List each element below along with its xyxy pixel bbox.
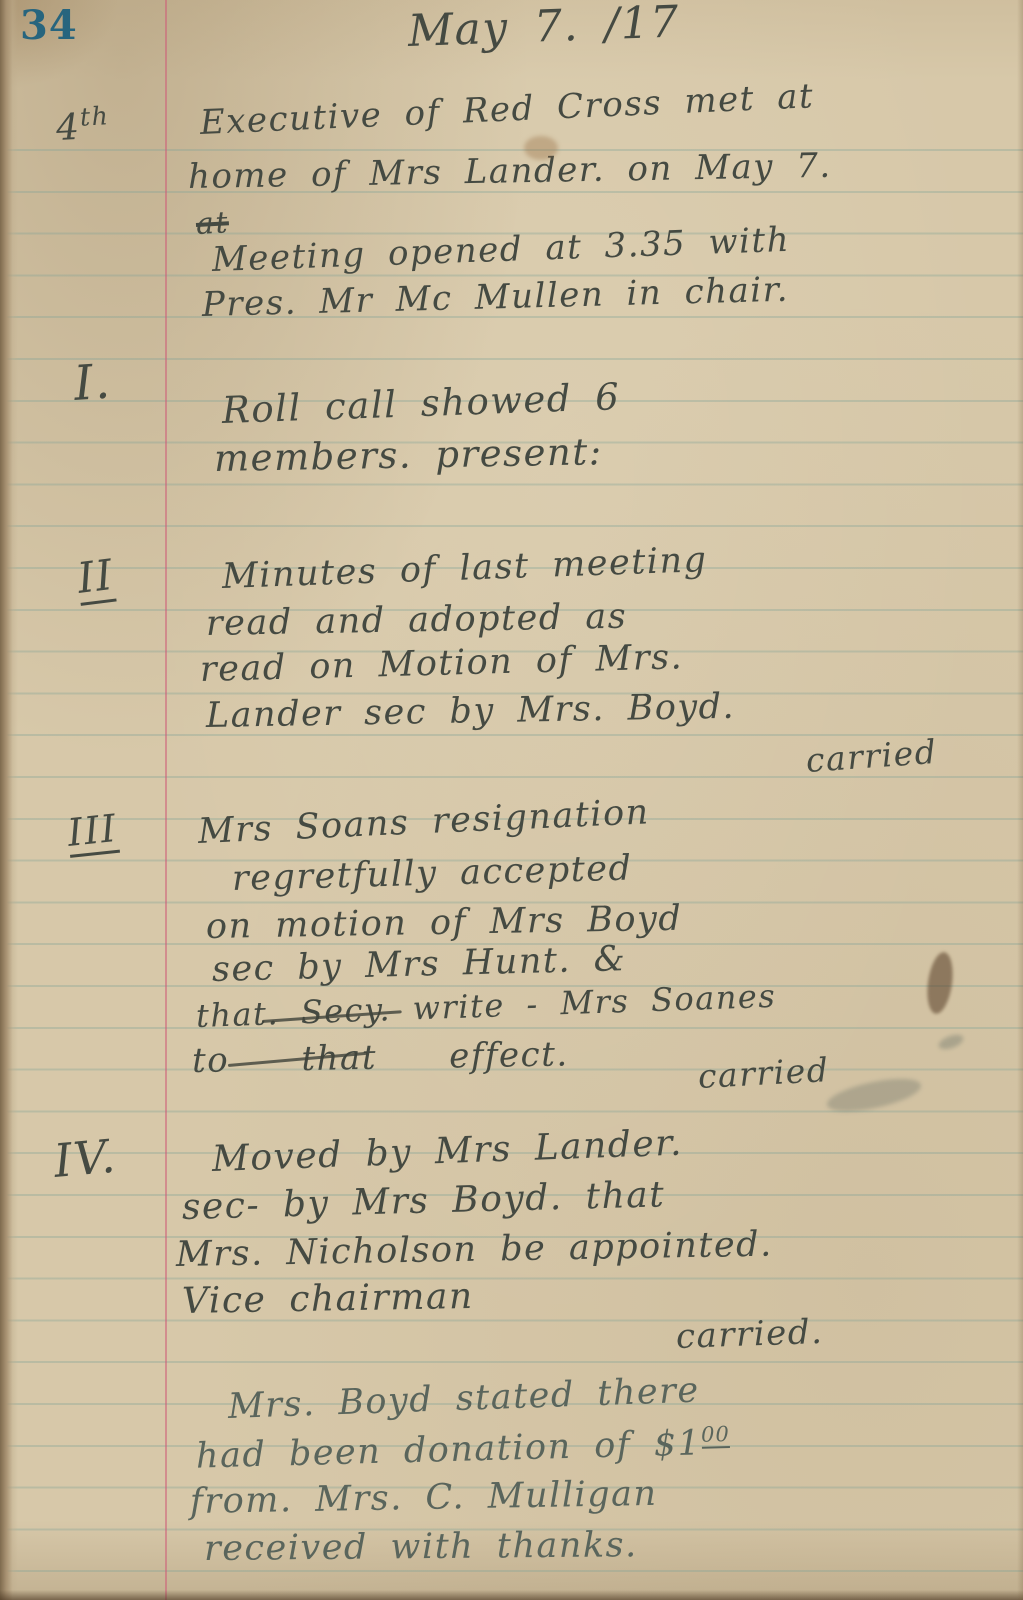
section-marker-IV: IV. <box>52 1133 118 1184</box>
minutes-line: on motion of Mrs Boyd <box>206 902 683 945</box>
minutes-line: to that effect. <box>192 1037 569 1078</box>
minutes-line: received with thanks. <box>204 1528 638 1567</box>
section-marker-II: II <box>75 554 117 606</box>
minutes-line: Mrs. Boyd stated there <box>227 1374 700 1425</box>
struck-out-word: at <box>195 208 229 240</box>
minutes-line: Meeting opened at 3.35 with <box>211 223 790 277</box>
minutes-line: read and adopted as <box>206 600 628 642</box>
section-marker-4th: 4th <box>55 103 111 147</box>
ink-smudge <box>824 1072 923 1117</box>
ink-blot <box>924 951 956 1016</box>
carried-note: carried <box>805 735 938 777</box>
binding-edge <box>0 0 18 1600</box>
minutes-line: Minutes of last meeting <box>221 543 708 595</box>
ink-smudge <box>937 1032 966 1052</box>
minutes-line: Mrs. Nicholson be appointed. <box>176 1228 773 1273</box>
minutes-line: Mrs Soans resignation <box>197 795 650 850</box>
carried-note: carried <box>697 1053 830 1093</box>
minutes-line: home of Mrs Lander. on May 7. <box>188 149 832 194</box>
minutes-line: read on Motion of Mrs. <box>200 640 684 688</box>
minutes-line: Moved by Mrs Lander. <box>211 1126 683 1178</box>
minutes-line: had been donation of $100 <box>196 1424 731 1475</box>
page-right-edge <box>1017 0 1023 1600</box>
section-marker-I: I. <box>72 357 112 407</box>
minutes-line: Pres. Mr Mc Mullen in chair. <box>202 273 790 322</box>
minutes-line: regretfully accepted <box>232 852 633 897</box>
minutes-line: Executive of Red Cross met at <box>199 79 814 140</box>
paper-stain <box>524 136 558 160</box>
minutes-line: members. present: <box>214 433 603 477</box>
minutes-line: from. Mrs. C. Mulligan <box>190 1477 658 1520</box>
minutes-line: Vice chairman <box>182 1279 474 1320</box>
minutes-line: Lander sec by Mrs. Boyd. <box>206 690 736 734</box>
section-marker-III: III <box>66 809 120 858</box>
donation-cents: 00 <box>701 1422 730 1449</box>
page-number: 34 <box>20 2 78 49</box>
minutes-line: sec by Mrs Hunt. & <box>212 942 627 988</box>
minutes-line: sec- by Mrs Boyd. that <box>182 1177 666 1226</box>
marker-number: 4 <box>55 107 82 149</box>
marker-ordinal: th <box>79 101 110 131</box>
minute-book-page: 34 May 7. /17 4th Executive of Red Cross… <box>0 0 1023 1600</box>
minutes-line: Roll call showed 6 <box>221 378 620 429</box>
carried-note: carried. <box>675 1315 823 1354</box>
margin-line <box>165 0 167 1600</box>
donation-text: had been donation of $1 <box>195 1423 701 1476</box>
page-bottom-edge <box>0 1590 1023 1600</box>
date-heading: May 7. /17 <box>407 1 680 54</box>
